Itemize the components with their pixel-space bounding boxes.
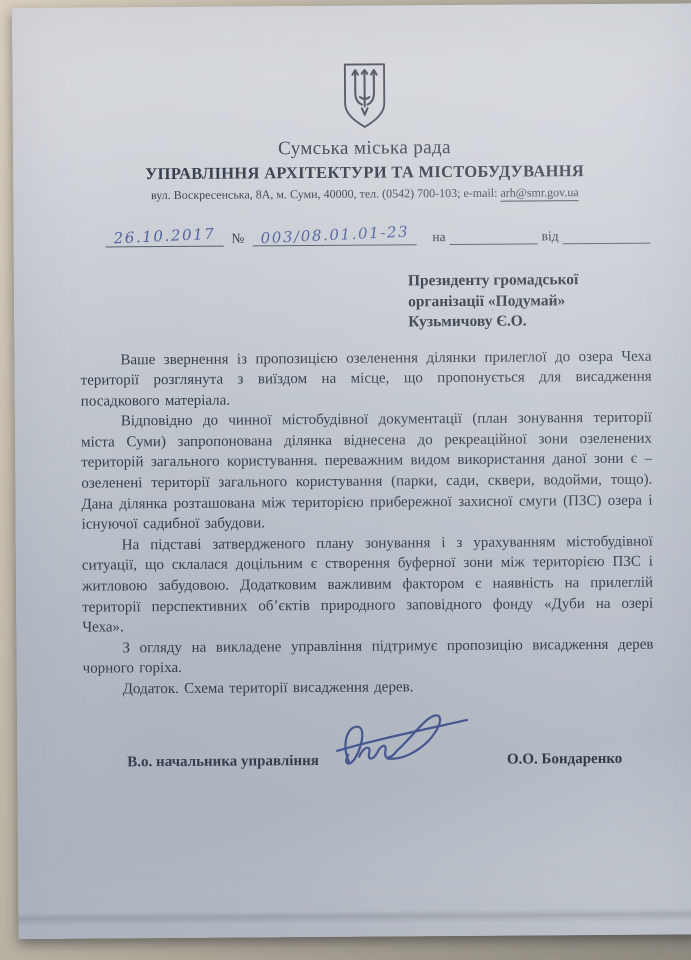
letterhead: Сумська міська рада УПРАВЛІННЯ АРХІТЕКТУ… xyxy=(78,60,650,204)
date-field: 26.10.2017 xyxy=(106,227,224,248)
paragraph: Відповідно до чинної містобудівної докум… xyxy=(81,408,653,536)
on-blank-line xyxy=(450,230,538,245)
number-field: 003/08.01.01-23 xyxy=(252,225,417,246)
reference-left: 26.10.2017 № 003/08.01.01-23 xyxy=(106,225,418,247)
address-text: вул. Воскресенська, 8А, м. Суми, 40000, … xyxy=(151,186,501,202)
document-photo: Сумська міська рада УПРАВЛІННЯ АРХІТЕКТУ… xyxy=(0,0,691,960)
letter-paper: Сумська міська рада УПРАВЛІННЯ АРХІТЕКТУ… xyxy=(12,3,691,939)
signature-block: В.о. начальника управління О.О. Бондарен… xyxy=(83,750,654,771)
handwritten-signature-icon xyxy=(331,709,481,780)
signer-position: В.о. начальника управління xyxy=(127,753,319,771)
address-line: вул. Воскресенська, 8А, м. Суми, 40000, … xyxy=(79,185,650,204)
paragraph: З огляду на викладене управління підтрим… xyxy=(82,634,653,679)
council-name: Сумська міська рада xyxy=(79,136,650,162)
department-name: УПРАВЛІННЯ АРХІТЕКТУРИ ТА МІСТОБУДУВАННЯ xyxy=(79,161,650,185)
number-label: № xyxy=(231,230,244,246)
paragraph: На підставі затвердженого плану зонуванн… xyxy=(82,531,654,638)
handwritten-number: 003/08.01.01-23 xyxy=(260,222,409,247)
recipient-line: Кузьмичову Є.О. xyxy=(408,311,651,333)
recipient-block: Президенту громадської організації «Поду… xyxy=(408,270,651,333)
email-text: arh@smr.gov.ua xyxy=(500,185,578,201)
from-blank-line xyxy=(563,230,651,245)
paragraph: Ваше звернення із пропозицією озеленення… xyxy=(80,346,651,412)
letter-body: Ваше звернення із пропозицією озеленення… xyxy=(80,346,653,700)
from-label: від xyxy=(542,228,559,244)
reference-line: 26.10.2017 № 003/08.01.01-23 на від xyxy=(80,224,651,248)
recipient-line: організації «Подумай» xyxy=(408,290,651,312)
letter-content: Сумська міська рада УПРАВЛІННЯ АРХІТЕКТУ… xyxy=(78,60,654,772)
paragraph: Додаток. Схема території висадження дере… xyxy=(83,676,654,701)
signer-name: О.О. Бондаренко xyxy=(507,750,622,768)
reference-right: на від xyxy=(432,228,650,246)
on-label: на xyxy=(432,229,445,245)
ukraine-trident-icon xyxy=(336,61,392,130)
recipient-line: Президенту громадської xyxy=(408,270,651,292)
handwritten-date: 26.10.2017 xyxy=(113,225,216,248)
